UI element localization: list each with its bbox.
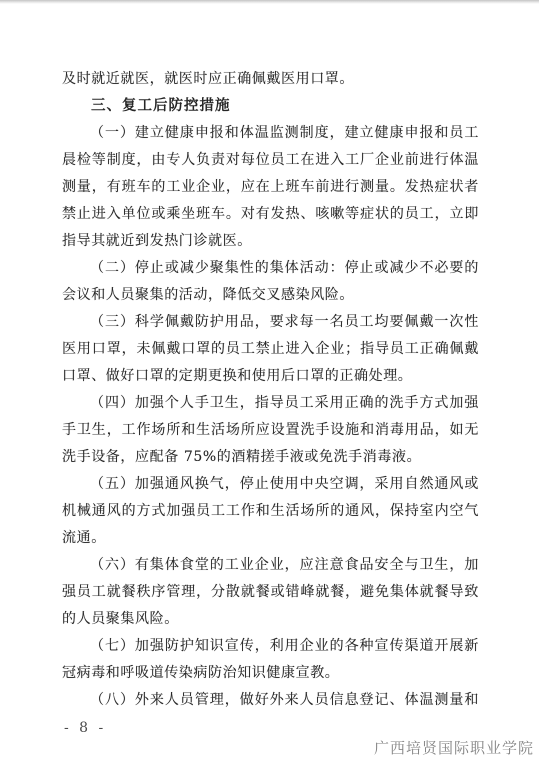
text-line: 及时就近就医，就医时应正确佩戴医用口罩。 xyxy=(62,66,479,93)
text-line: 强员工就餐秩序管理，分散就餐或错峰就餐，避免集体就餐导致 xyxy=(62,579,479,606)
text-line: 指导其就近到发热门诊就医。 xyxy=(62,228,479,255)
text-line: 口罩、做好口罩的定期更换和使用后口罩的正确处理。 xyxy=(62,363,479,390)
text-line: （二）停止或减少聚集性的集体活动：停止或减少不必要的 xyxy=(62,255,479,282)
text-line: 洗手设备，应配备 75%的酒精搓手液或免洗手消毒液。 xyxy=(62,444,479,471)
text-line: （三）科学佩戴防护用品，要求每一名员工均要佩戴一次性 xyxy=(62,309,479,336)
text-line: （八）外来人员管理，做好外来人员信息登记、体温测量和 xyxy=(62,687,479,714)
document-page: 及时就近就医，就医时应正确佩戴医用口罩。三、复工后防控措施（一）建立健康申报和体… xyxy=(0,0,539,764)
text-line: 会议和人员聚集的活动，降低交叉感染风险。 xyxy=(62,282,479,309)
text-line: （四）加强个人手卫生，指导员工采用正确的洗手方式加强 xyxy=(62,390,479,417)
text-line: （六）有集体食堂的工业企业，应注意食品安全与卫生，加 xyxy=(62,552,479,579)
text-line: 手卫生，工作场所和生活场所应设置洗手设施和消毒用品，如无 xyxy=(62,417,479,444)
page-number: - 8 - xyxy=(64,720,106,736)
text-line: （一）建立健康申报和体温监测制度，建立健康申报和员工 xyxy=(62,120,479,147)
watermark: 广西培贤国际职业学院 xyxy=(374,737,534,758)
section-heading: 三、复工后防控措施 xyxy=(62,93,479,120)
text-line: 机械通风的方式加强员工工作和生活场所的通风，保持室内空气 xyxy=(62,498,479,525)
text-line: 的人员聚集风险。 xyxy=(62,606,479,633)
text-line: 流通。 xyxy=(62,525,479,552)
text-line: 晨检等制度，由专人负责对每位员工在进入工厂企业前进行体温 xyxy=(62,147,479,174)
text-line: （五）加强通风换气，停止使用中央空调，采用自然通风或 xyxy=(62,471,479,498)
text-line: 医用口罩，未佩戴口罩的员工禁止进入企业；指导员工正确佩戴 xyxy=(62,336,479,363)
document-body: 及时就近就医，就医时应正确佩戴医用口罩。三、复工后防控措施（一）建立健康申报和体… xyxy=(62,66,479,714)
text-line: 测量，有班车的工业企业，应在上班车前进行测量。发热症状者 xyxy=(62,174,479,201)
text-line: 禁止进入单位或乘坐班车。对有发热、咳嗽等症状的员工，立即 xyxy=(62,201,479,228)
text-line: 冠病毒和呼吸道传染病防治知识健康宣教。 xyxy=(62,660,479,687)
scan-edge-artifact xyxy=(0,0,539,4)
text-line: （七）加强防护知识宣传，利用企业的各种宣传渠道开展新 xyxy=(62,633,479,660)
